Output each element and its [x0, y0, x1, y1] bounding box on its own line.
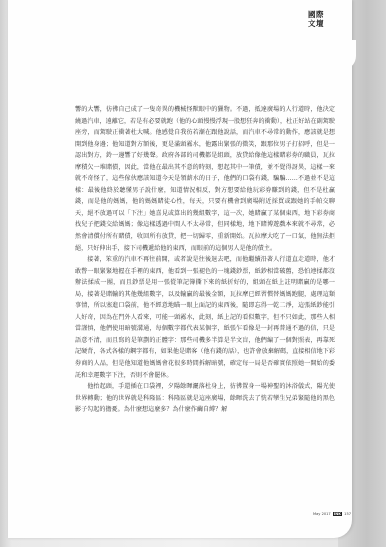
paragraph-2: 接著，笨重的汽車不再往前開，或者說是往後退去吧，而他繼續沿著人行道直走道時，他才…	[75, 254, 335, 381]
article-body: 響的大響，彷彿自己成了一隻奇異的機械怪獸眼中的獵物。不過，抵達廣場的人行道時，他…	[75, 104, 335, 416]
section-label: 國際 文壇	[308, 10, 324, 28]
paragraph-3: 他抬起頭，手還插在口袋裡，夕陽餘暉灑落杜身上，彷彿置身一場神聖的沐浴儀式，陽光使…	[75, 381, 335, 416]
page-number: 157	[344, 512, 351, 516]
paragraph-1: 響的大響，彷彿自己成了一隻奇異的機械怪獸眼中的獵物。不過，抵達廣場的人行道時，他…	[75, 104, 335, 254]
footer-date: May 2017	[313, 512, 331, 516]
page-footer: May 2017 INK 157	[313, 512, 351, 516]
magazine-logo: INK	[333, 512, 342, 516]
section-label-line1: 國際	[308, 10, 324, 19]
section-label-line2: 文壇	[308, 19, 324, 28]
